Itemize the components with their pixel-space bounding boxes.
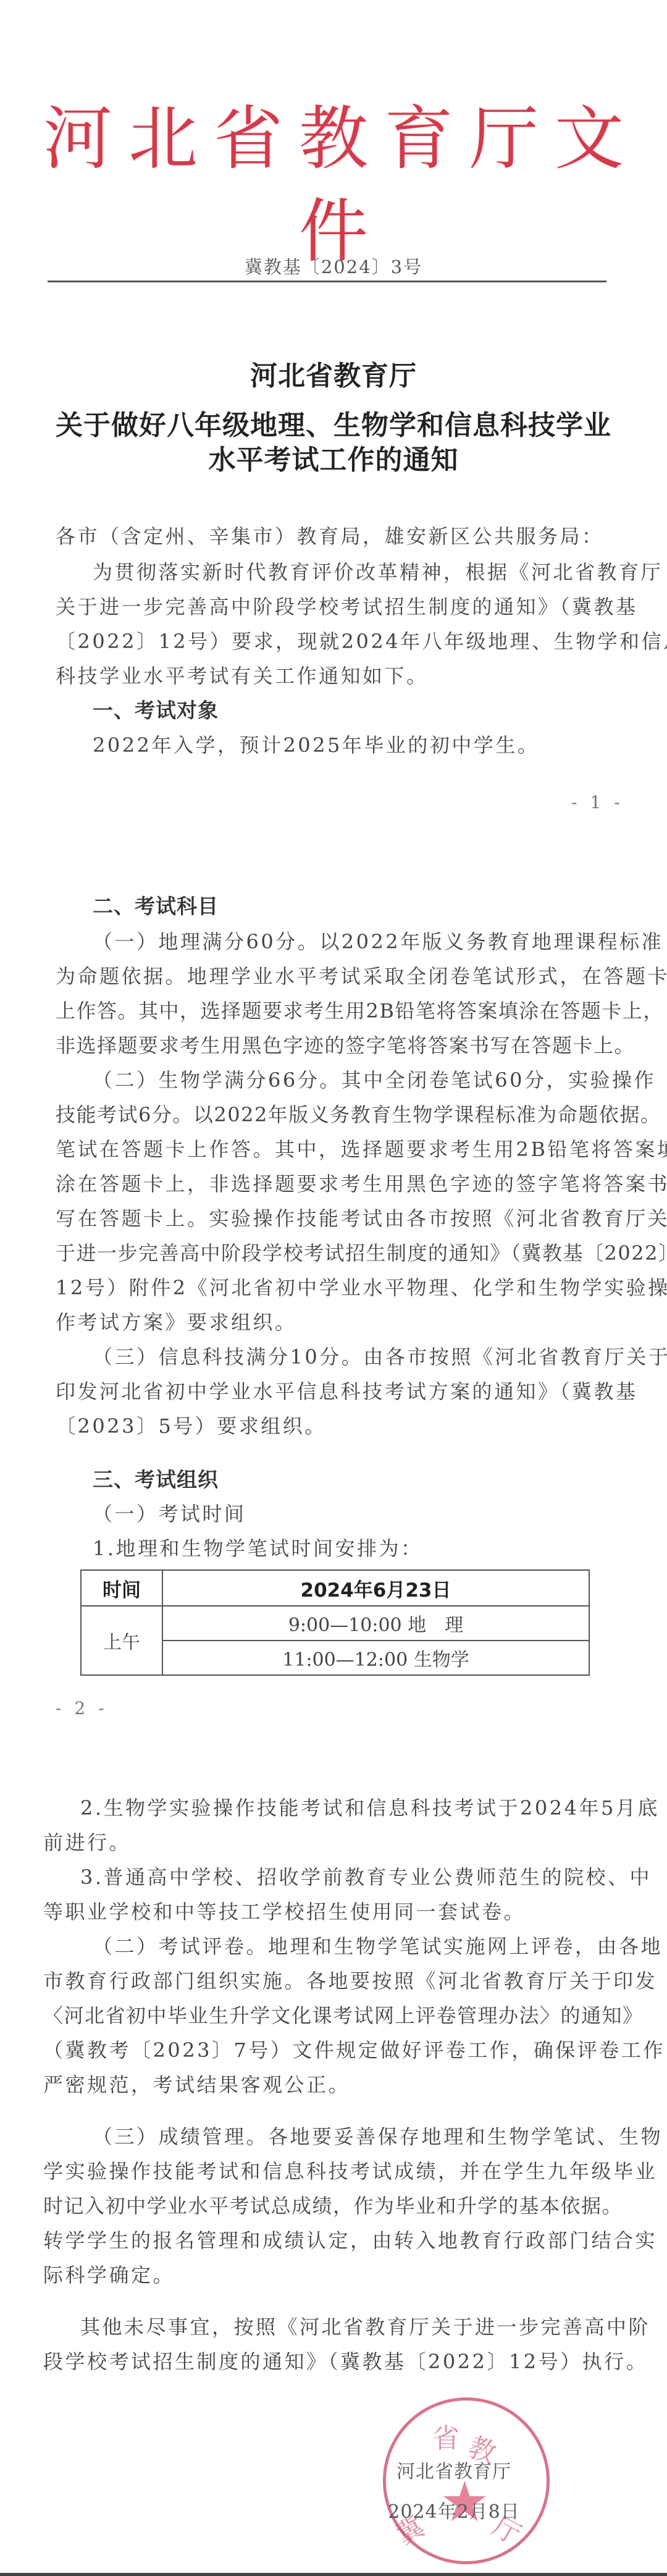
notice-title-line-3: 水平考试工作的通知: [0, 437, 667, 477]
grading-line: （二）考试评卷。地理和生物学笔试实施网上评卷，由各地: [93, 1934, 652, 1959]
geo-line: 非选择题要求考生用黑色字迹的签字笔将答案书写在答题卡上。: [56, 1033, 615, 1058]
table-cell-biology: 11:00—12:00 生物学: [162, 1641, 589, 1675]
notice-title-line-2: 关于做好八年级地理、生物学和信息科技学业: [0, 403, 667, 442]
table-cell-geography: 9:00—10:00 地 理: [162, 1606, 589, 1641]
bio-line: 技能考试6分。以2022年版义务教育生物学课程标准为命题依据。: [56, 1102, 615, 1127]
bio-line: 作考试方案》要求组织。: [56, 1310, 615, 1335]
closing-line: 段学校考试招生制度的通知》（冀教基〔2022〕12号）执行。: [43, 2349, 602, 2374]
item-1: 1.地理和生物学笔试时间安排为：: [93, 1536, 652, 1561]
page-number-1: - 1 -: [571, 792, 624, 813]
geo-line: （一）地理满分60分。以2022年版义务教育地理课程标准: [93, 929, 652, 954]
signature-organization: 河北省教育厅: [383, 2456, 525, 2483]
table-period-morning: 上午: [81, 1606, 162, 1675]
table-header-time: 时间: [81, 1570, 162, 1606]
bio-line: 写在答题卡上。实验操作技能考试由各市按照《河北省教育厅关: [56, 1206, 615, 1231]
document-number: 冀教基〔2024〕3号: [0, 253, 667, 279]
scores-line: （三）成绩管理。各地要妥善保存地理和生物学笔试、生物: [93, 2124, 652, 2149]
table-row: 上午 9:00—10:00 地 理: [81, 1606, 589, 1641]
closing-line: 其他未尽事宜，按照《河北省教育厅关于进一步完善高中阶: [80, 2315, 639, 2339]
section-heading-exam-target: 一、考试对象: [93, 698, 652, 723]
document-red-header: 河北省教育厅文件: [0, 93, 667, 278]
scores-line: 际科学确定。: [43, 2263, 602, 2287]
bio-line: （二）生物学满分66分。其中全闭卷笔试60分，实验操作: [93, 1068, 652, 1092]
salutation: 各市（含定州、辛集市）教育局，雄安新区公共服务局：: [56, 524, 615, 549]
section-heading-exam-organization: 三、考试组织: [93, 1467, 652, 1492]
bio-line: 12号）附件2《河北省初中学业水平物理、化学和生物学实验操: [56, 1275, 615, 1300]
table-header-row: 时间 2024年6月23日: [81, 1570, 589, 1606]
scores-line: 学实验操作技能考试和信息科技考试成绩，并在学生九年级毕业: [43, 2159, 602, 2184]
header-divider: [48, 281, 606, 282]
grading-line: （冀教考〔2023〕7号）文件规定做好评卷工作，确保评卷工作: [43, 2038, 602, 2063]
exam-schedule-table: 时间 2024年6月23日 上午 9:00—10:00 地 理 11:00—12…: [80, 1569, 590, 1676]
grading-line: 严密规范，考试结果客观公正。: [43, 2072, 602, 2097]
section1-body: 2022年入学，预计2025年毕业的初中学生。: [93, 733, 652, 758]
item-3-line: 3.普通高中学校、招收学前教育专业公费师范生的院校、中: [80, 1865, 639, 1890]
table-header-date: 2024年6月23日: [162, 1570, 589, 1606]
intro-line: 科技学业水平考试有关工作通知如下。: [56, 664, 615, 688]
scores-line: 转学学生的报名管理和成绩认定，由转入地教育行政部门结合实: [43, 2228, 602, 2253]
stamp-char: 省: [432, 2416, 459, 2456]
geo-line: 上作答。其中，选择题要求考生用2B铅笔将答案填涂在答题卡上，: [56, 999, 615, 1023]
it-line: 印发河北省初中学业水平信息科技考试方案的通知》（冀教基: [56, 1379, 615, 1404]
grading-line: 〈河北省初中毕业生升学文化课考试网上评卷管理办法〉的通知》: [43, 2003, 602, 2028]
subheading-exam-time: （一）考试时间: [93, 1501, 652, 1526]
bio-line: 于进一步完善高中阶段学校考试招生制度的通知》（冀教基〔2022〕: [56, 1241, 615, 1265]
item-2-line: 2.生物学实验操作技能考试和信息科技考试于2024年5月底: [80, 1796, 639, 1820]
geo-line: 为命题依据。地理学业水平考试采取全闭卷笔试形式，在答题卡: [56, 964, 615, 989]
bottom-edge: [0, 2573, 667, 2576]
item-2-line: 前进行。: [43, 1830, 602, 1855]
intro-line: 〔2022〕12号）要求，现就2024年八年级地理、生物学和信息: [56, 629, 615, 654]
section-heading-exam-subjects: 二、考试科目: [93, 894, 652, 919]
it-line: 〔2023〕5号）要求组织。: [56, 1414, 615, 1438]
signature-date: 2024年2月8日: [374, 2496, 534, 2523]
page-number-2: - 2 -: [56, 1698, 108, 1718]
it-line: （三）信息科技满分10分。由各市按照《河北省教育厅关于: [93, 1345, 652, 1369]
scores-line: 时记入初中学业水平考试总成绩，作为毕业和升学的基本依据。: [43, 2194, 602, 2218]
intro-line: 关于进一步完善高中阶段学校考试招生制度的通知》（冀教基: [56, 594, 615, 619]
bio-line: 涂在答题卡上，非选择题要求考生用黑色字迹的签字笔将答案书: [56, 1172, 615, 1196]
intro-line: 为贯彻落实新时代教育评价改革精神，根据《河北省教育厅: [93, 560, 652, 585]
notice-title-line-1: 河北省教育厅: [0, 353, 667, 393]
item-3-line: 等职业学校和中等技工学校招生使用同一套试卷。: [43, 1899, 602, 1924]
bio-line: 笔试在答题卡上作答。其中，选择题要求考生用2B铅笔将答案填: [56, 1137, 615, 1162]
grading-line: 市教育行政部门组织实施。各地要按照《河北省教育厅关于印发: [43, 1969, 602, 1993]
